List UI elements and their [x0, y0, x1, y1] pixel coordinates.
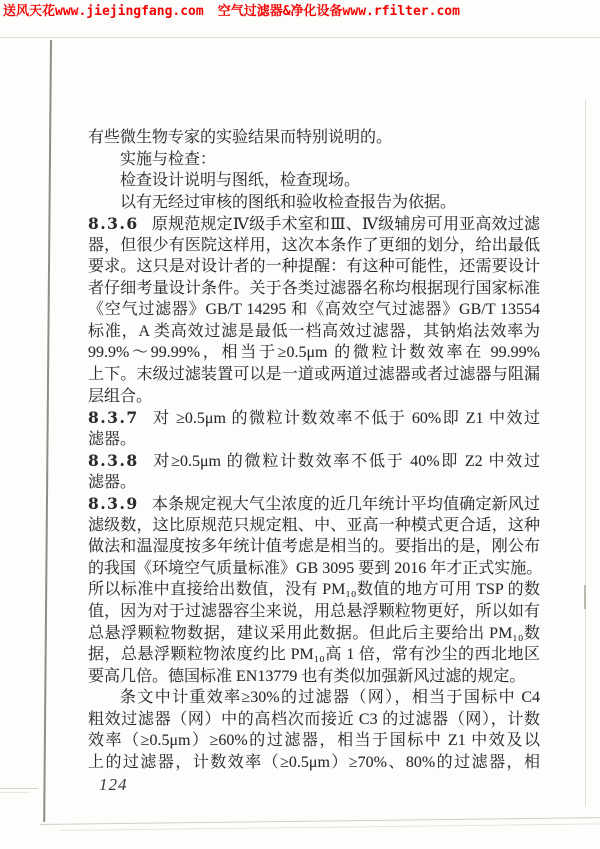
left-margin-artifact: [0, 792, 30, 793]
text-line: 滤器。: [88, 472, 540, 494]
text-line: 以有无经过审核的图纸和验收检查报告为依据。: [88, 192, 540, 214]
text-line: 层组合。: [88, 386, 540, 408]
section-number: 8.3.7: [88, 408, 139, 427]
site-links-bar: 送风天花www.jiejingfang.com 空气过滤器&净化设备www.rf…: [3, 3, 597, 23]
text-line: 8.3.8对≥0.5μm 的微粒计数效率不低于 40%即 Z2 中效过: [88, 450, 540, 472]
right-page-edge: [585, 100, 586, 806]
text-line: 总悬浮颗粒物数据，建议采用此数据。但此后主要给出 PM₁₀数: [88, 623, 540, 645]
text-line: 值，因为对于过滤器容尘来说，用总悬浮颗粒物更好，所以如有: [88, 601, 540, 623]
right-edge-smudge: [584, 585, 586, 609]
text-line: 粗效过滤器（网）中的高档次而接近 C3 的过滤器（网），计数: [88, 709, 540, 731]
text-line: 上的过滤器，计数效率（≥0.5μm）≥70%、80%的过滤器，相: [88, 752, 540, 774]
text-line: 8.3.9本条规定视大气尘浓度的近几年统计平均值确定新风过: [88, 493, 540, 515]
section-number: 8.3.8: [88, 451, 139, 470]
left-binding-edge: [43, 40, 52, 822]
text-line: 标准，A 类高效过滤是最低一档高效过滤器，其钠焰法效率为: [88, 321, 540, 343]
text-line: 实施与检查：: [88, 149, 540, 171]
scanned-page: 送风天花www.jiejingfang.com 空气过滤器&净化设备www.rf…: [0, 0, 600, 849]
text-line: 8.3.7对 ≥0.5μm 的微粒计数效率不低于 60%即 Z1 中效过: [88, 407, 540, 429]
text-line: 《空气过滤器》GB/T 14295 和《高效空气过滤器》GB/T 13554: [88, 299, 540, 321]
page-number: 124: [99, 775, 128, 795]
text-line: 有些微生物专家的实验结果而特别说明的。: [88, 127, 540, 149]
text-line: 要高几倍。德国标准 EN13779 也有类似加强新风过滤的规定。: [88, 666, 540, 688]
top-scan-edge: [0, 37, 600, 38]
section-number: 8.3.9: [88, 494, 139, 513]
text-line: 检查设计说明与图纸，检查现场。: [88, 170, 540, 192]
text-line: 所以标准中直接给出数值，没有 PM₁₀数值的地方可用 TSP 的数: [88, 579, 540, 601]
text-line: 滤级数，这比原规范只规定粗、中、亚高一种模式更合适，这种: [88, 515, 540, 537]
text-line: 99.9%～99.99%，相当于≥0.5μm 的微粒计数效率在 99.99%: [88, 342, 540, 364]
text-line: 上下。末级过滤装置可以是一道或两道过滤器或者过滤器与阻漏: [88, 364, 540, 386]
text-line: 者仔细考量设计条件。关于各类过滤器名称均根据现行国家标准: [88, 278, 540, 300]
left-margin-artifact: [0, 788, 38, 789]
site-link-jiejingfang[interactable]: 送风天花www.jiejingfang.com: [3, 3, 204, 20]
text-line: 做法和温湿度按多年统计值考虑是相当的。要指出的是，刚公布: [88, 536, 540, 558]
section-number: 8.3.6: [88, 214, 139, 233]
site-link-rfilter[interactable]: 空气过滤器&净化设备www.rfilter.com: [218, 3, 460, 20]
text-line: 效率（≥0.5μm）≥60%的过滤器，相当于国标中 Z1 中效及以: [88, 730, 540, 752]
text-line: 要求。这只是对设计者的一种提醒：有这种可能性，还需要设计: [88, 256, 540, 278]
text-line: 滤器。: [88, 429, 540, 451]
text-line: 8.3.6原规范规定Ⅳ级手术室和Ⅲ、Ⅳ级辅房可用亚高效过滤: [88, 213, 540, 235]
text-line: 条文中计重效率≥30%的过滤器（网），相当于国标中 C4: [88, 687, 540, 709]
text-block: 有些微生物专家的实验结果而特别说明的。实施与检查：检查设计说明与图纸，检查现场。…: [88, 127, 540, 773]
text-line: 器，但很少有医院这样用，这次本条作了更细的划分，给出最低: [88, 235, 540, 257]
bottom-page-edge-ghost: [60, 823, 600, 831]
text-line: 的我国《环境空气质量标准》GB 3095 要到 2016 年才正式实施。: [88, 558, 540, 580]
text-line: 据，总悬浮颗粒物浓度约比 PM₁₀高 1 倍，常有沙尘的西北地区: [88, 644, 540, 666]
